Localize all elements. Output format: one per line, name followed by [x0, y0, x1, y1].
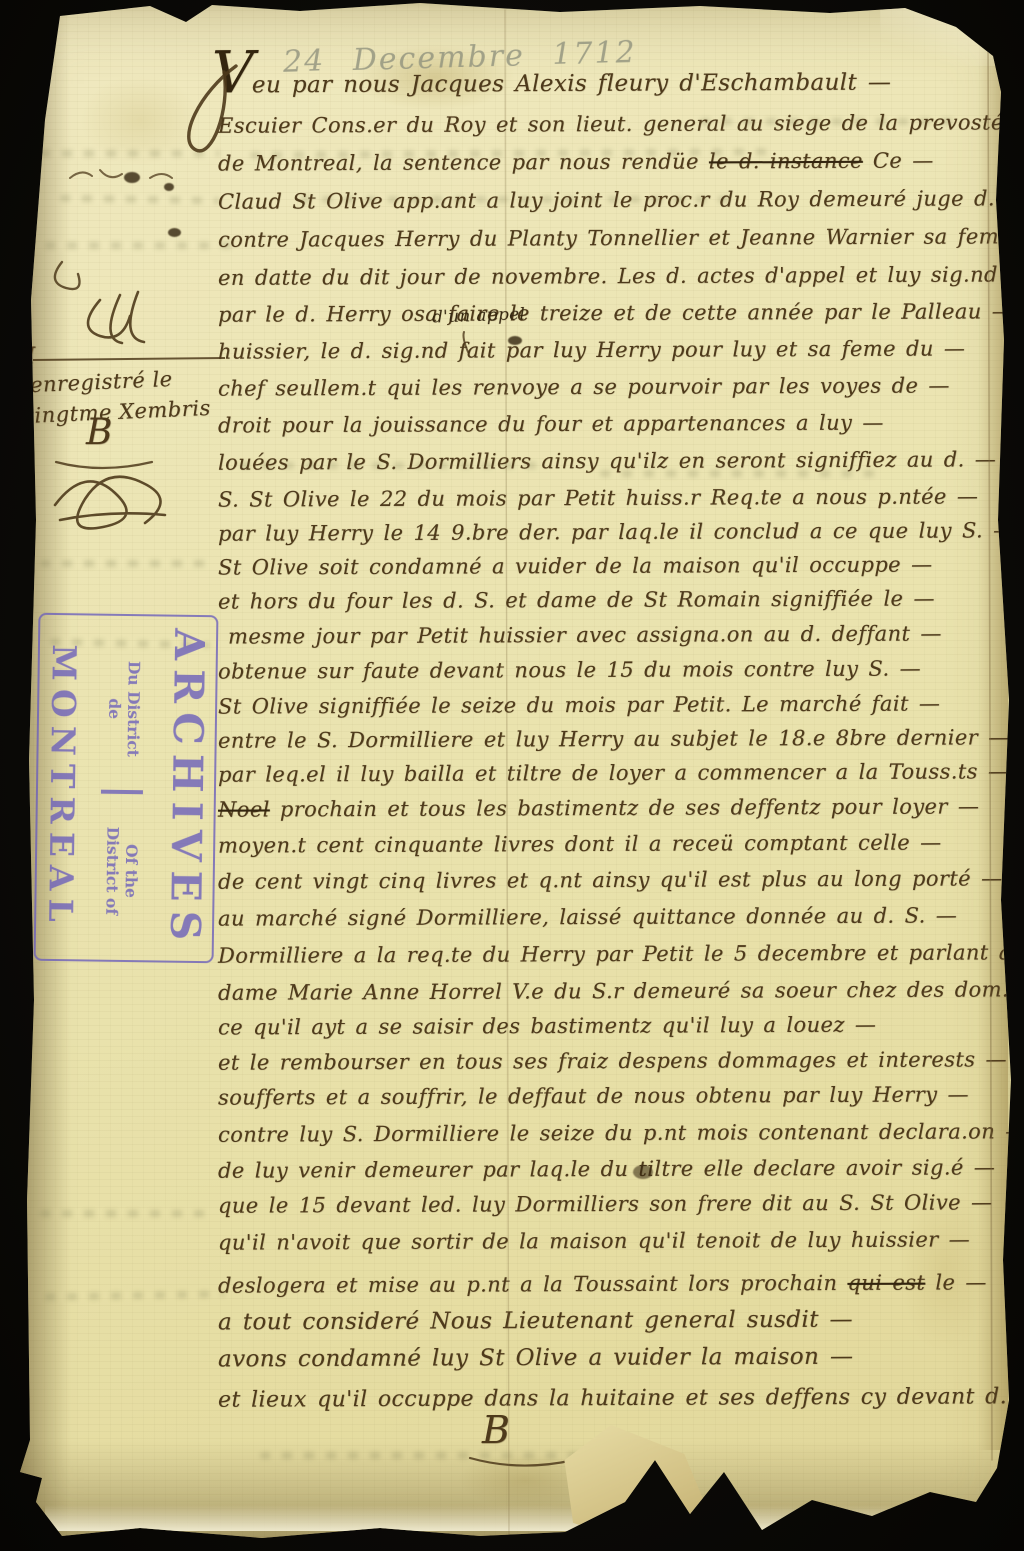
margin-index-letter: H: [16, 344, 35, 369]
manuscript-line: soufferts et a souffrir, le deffaut de n…: [218, 1082, 969, 1109]
bottom-b-underline: [470, 1458, 574, 1466]
manuscript-line: contre luy S. Dormilliere le seize du p.…: [218, 1119, 1024, 1147]
manuscript-line: moyen.t cent cinquante livres dont il a …: [218, 830, 942, 857]
margin-pound-flourish: [55, 262, 80, 289]
stamp-title: ARCHIVES: [163, 627, 211, 952]
margin-paraph-b: B: [86, 412, 112, 453]
manuscript-line: louées par le S. Dormilliers ainsy qu'il…: [218, 447, 996, 474]
stamp-fr-line1: Du District: [122, 661, 142, 757]
showthrough-stroke: [60, 195, 220, 205]
manuscript-line: Veu par nous Jacques Alexis fleury d'Esc…: [212, 68, 891, 99]
manuscript-line: qu'il n'avoit que sortir de la maison qu…: [218, 1227, 970, 1254]
manuscript-line: au marché signé Dormilliere, laissé quit…: [218, 903, 957, 930]
top-right-fold: [880, 6, 1010, 66]
manuscript-line: St Olive soit condamné a vuider de la ma…: [218, 552, 933, 579]
registration-note-line1: enregistré le: [30, 367, 174, 397]
ink-blot: [633, 1165, 653, 1179]
margin-signature-scribble: [55, 477, 165, 529]
bottom-paraph-b: B: [482, 1408, 510, 1452]
manuscript-line: en datte du dit jour de novembre. Les d.…: [218, 262, 1024, 290]
manuscript-line: par leq.el il luy bailla et tiltre de lo…: [218, 759, 1009, 786]
archives-stamp: ARCHIVES Du District de Of the District …: [34, 613, 219, 963]
showthrough-stroke: [45, 242, 235, 249]
manuscript-page: 24 Decembre 1712 Veu par nous Jacques Al…: [0, 0, 1024, 1551]
stain: [55, 55, 225, 185]
manuscript-line: Claud St Olive app.ant a luy joint le pr…: [218, 186, 1024, 214]
stamp-city: MONTREAL: [44, 625, 82, 949]
ink-blot: [508, 336, 522, 345]
margin-eff-flourish: [88, 292, 144, 343]
manuscript-line: contre Jacques Herry du Planty Tonnellie…: [218, 224, 1024, 252]
ink-blot: [124, 172, 140, 183]
bottom-edge-shadow: [0, 1440, 1024, 1540]
manuscript-line: que le 15 devant led. luy Dormilliers so…: [218, 1190, 993, 1217]
manuscript-line: deslogera et mise au p.nt a la Toussaint…: [218, 1270, 987, 1297]
stamp-en-line1: Of the: [120, 827, 140, 916]
interlinear-insertion: d'un appel: [432, 304, 526, 327]
stamp-en-line2: District of: [102, 827, 122, 916]
manuscript-line: de cent vingt cinq livres et q.nt ainsy …: [218, 866, 1003, 893]
manuscript-line: et le rembourser en tous ses fraiz despe…: [218, 1047, 1007, 1074]
manuscript-line: obtenue sur faute devant nous le 15 du m…: [218, 656, 921, 683]
manuscript-line: ce qu'il ayt a se saisir des bastimentz …: [218, 1013, 876, 1040]
torn-bottom-highlight: [45, 1505, 965, 1531]
manuscript-line: St Olive signiffiée le seize du mois par…: [218, 691, 940, 718]
manuscript-line: huissier, le d. sig.nd fait par luy Herr…: [218, 336, 965, 363]
stamp-divider: [101, 789, 143, 794]
manuscript-line: S. St Olive le 22 du mois par Petit huis…: [218, 484, 978, 511]
manuscript-line: par le d. Herry osa faire le treize et d…: [218, 299, 1013, 326]
showthrough-stroke: [40, 1210, 210, 1217]
manuscript-line: Noel prochain et tous les bastimentz de …: [218, 794, 979, 821]
manuscript-line: chef seullem.t qui les renvoye a se pour…: [218, 373, 950, 400]
stamp-english-text: Of the District of: [102, 827, 140, 916]
ink-blot: [164, 183, 174, 191]
manuscript-line: de luy venir demeurer par laq.le du tilt…: [218, 1155, 995, 1182]
stamp-middle-row: Du District de Of the District of: [101, 626, 143, 950]
registration-note-line2: vingtme Xembris: [22, 396, 212, 428]
torn-paper-flap: [556, 1420, 720, 1551]
manuscript-line: et hors du four les d. S. et dame de St …: [218, 586, 935, 613]
manuscript-line: mesme jour par Petit huissier avec assig…: [228, 621, 942, 648]
showthrough-stroke: [45, 1290, 225, 1300]
stamp-french-text: Du District de: [104, 661, 143, 757]
showthrough-stroke: [40, 560, 210, 567]
showthrough-stroke: [40, 150, 220, 157]
margin-marks: [70, 170, 172, 178]
manuscript-line: de Montreal, la sentence par nous rendüe…: [218, 148, 934, 175]
ink-blot: [168, 228, 181, 237]
manuscript-line: dame Marie Anne Horrel V.e du S.r demeur…: [218, 977, 1024, 1005]
margin-rule: [33, 357, 225, 361]
manuscript-line: a tout consideré Nous Lieutenant general…: [218, 1307, 853, 1336]
manuscript-line: Escuier Cons.er du Roy et son lieut. gen…: [218, 110, 1024, 138]
manuscript-line: par luy Herry le 14 9.bre der. par laq.l…: [218, 518, 1015, 545]
margin-b-underline: [56, 462, 152, 468]
archives-stamp-box: ARCHIVES Du District de Of the District …: [34, 613, 219, 963]
stamp-fr-line2: de: [104, 661, 124, 757]
manuscript-line: Dormilliere a la req.te du Herry par Pet…: [218, 940, 1024, 968]
photo-background: 24 Decembre 1712 Veu par nous Jacques Al…: [0, 0, 1024, 1551]
manuscript-line: entre le S. Dormilliere et luy Herry au …: [218, 725, 1010, 752]
manuscript-line: et lieux qu'il occuppe dans la huitaine …: [218, 1384, 1007, 1412]
manuscript-line: avons condamné luy St Olive a vuider la …: [218, 1344, 853, 1373]
manuscript-line: droit pour la jouissance du four et appa…: [218, 411, 884, 438]
